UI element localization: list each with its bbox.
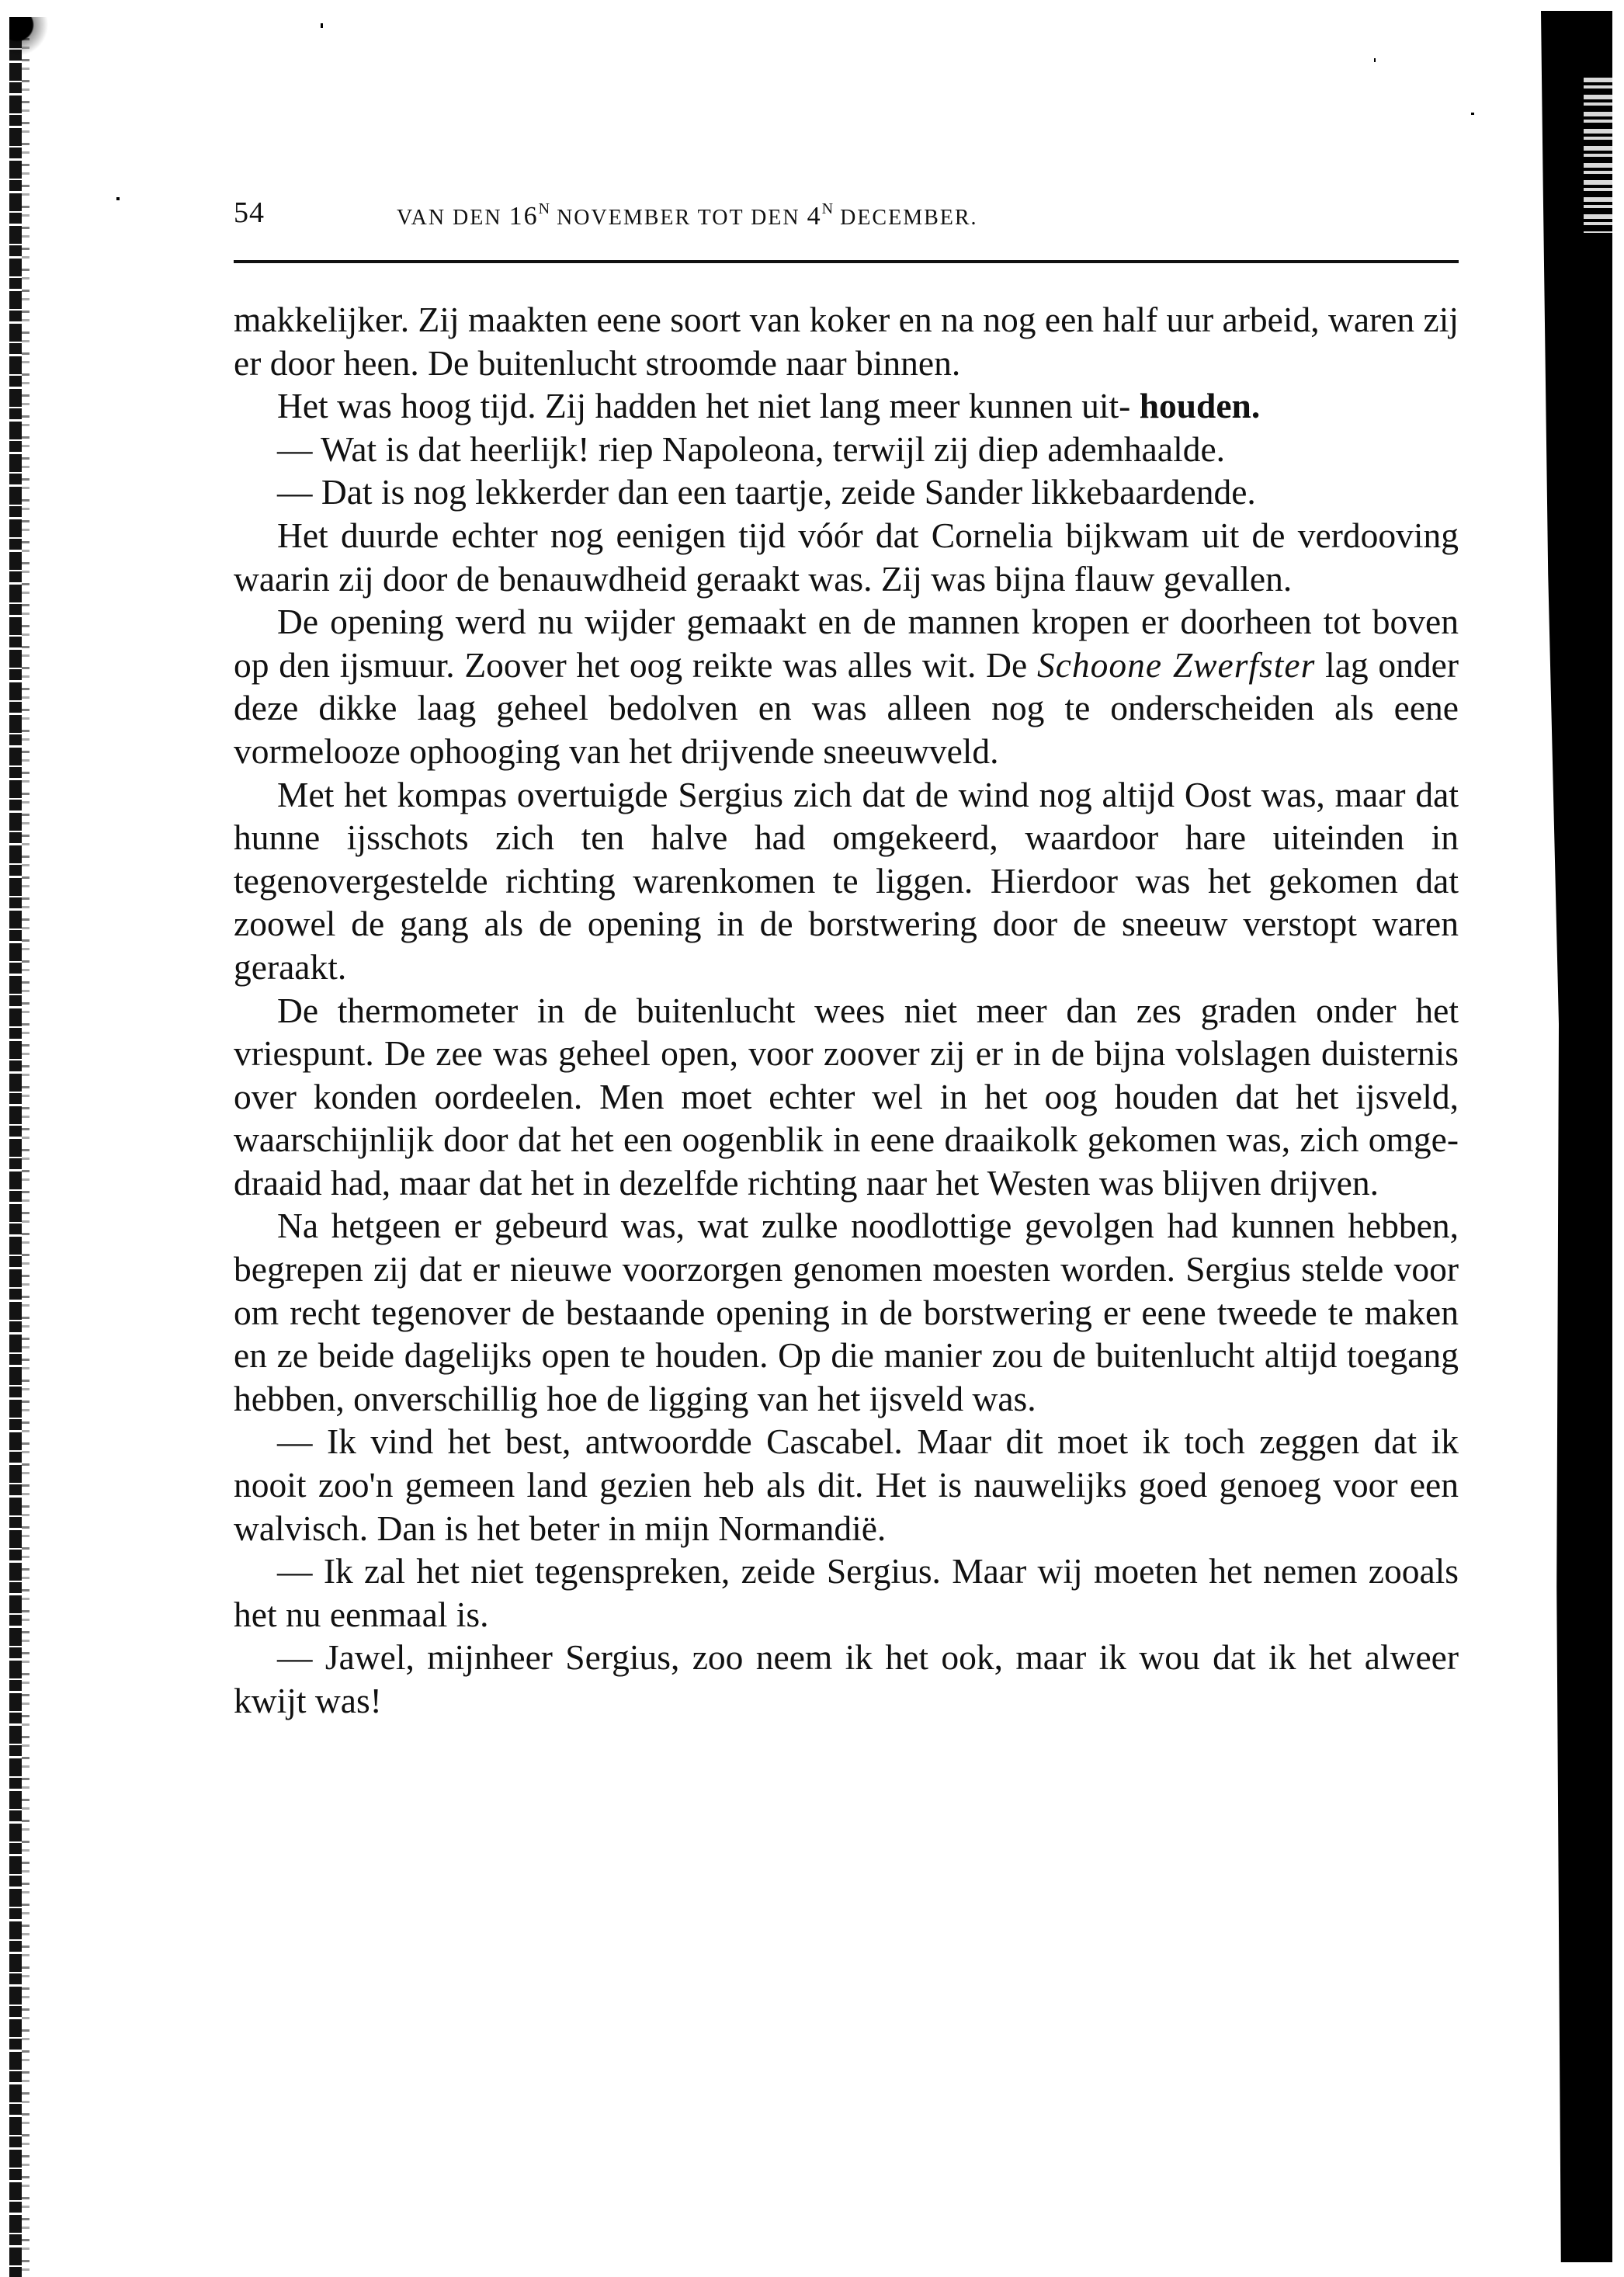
title-number: 16 [509, 202, 539, 231]
dialogue-paragraph: — Jawel, mijnheer Sergius, zoo neem ik h… [234, 1636, 1459, 1722]
title-superscript: n [822, 200, 833, 217]
page-number: 54 [234, 196, 265, 230]
header-rule [234, 260, 1459, 263]
dialogue-paragraph: — Ik vind het best, antwoordde Cascabel.… [234, 1420, 1459, 1550]
scan-speck [1471, 113, 1474, 115]
scan-speck [116, 197, 120, 200]
running-header: 54 VAN DEN 16n NOVEMBER TOT DEN 4n DECEM… [234, 196, 1459, 234]
paragraph: makkelijker. Zij maakten eene soort van … [234, 298, 1459, 384]
paragraph: Het was hoog tijd. Zij hadden het niet l… [234, 384, 1459, 428]
paragraph: Na hetgeen er gebeurd was, wat zulke noo… [234, 1204, 1459, 1420]
paragraph: Met het kompas overtuigde Sergius zich d… [234, 773, 1459, 989]
body-text: makkelijker. Zij maakten eene soort van … [234, 298, 1459, 1723]
title-number: 4 [807, 202, 822, 231]
dialogue-paragraph: — Dat is nog lekkerder dan een taartje, … [234, 470, 1459, 514]
paragraph-text-bold: houden. [1140, 386, 1261, 425]
dialogue-paragraph: — Wat is dat heerlijk! riep Napoleona, t… [234, 428, 1459, 471]
paragraph: De opening werd nu wijder gemaakt en de … [234, 600, 1459, 772]
title-text: VAN DEN [397, 206, 509, 230]
scan-speck [321, 23, 323, 28]
scan-speck [1374, 58, 1376, 62]
book-binding-shadow [9, 17, 22, 2277]
title-superscript: n [539, 200, 550, 217]
page-edge-shadow [1541, 11, 1612, 2262]
paragraph: De thermometer in de buitenlucht wees ni… [234, 989, 1459, 1205]
dialogue-paragraph: — Ik zal het niet tegenspreken, zeide Se… [234, 1550, 1459, 1636]
title-text: DECEMBER. [833, 206, 977, 230]
binding-stain [9, 17, 56, 71]
page-edge-tear [1584, 78, 1612, 233]
chapter-title: VAN DEN 16n NOVEMBER TOT DEN 4n DECEMBER… [397, 200, 978, 231]
ship-name: Schoone Zwerfster [1037, 645, 1315, 685]
title-text: NOVEMBER TOT DEN [550, 206, 807, 230]
paragraph: Het duurde echter nog eenigen tijd vóór … [234, 514, 1459, 600]
paragraph-text: Het was hoog tijd. Zij hadden het niet l… [277, 386, 1130, 425]
